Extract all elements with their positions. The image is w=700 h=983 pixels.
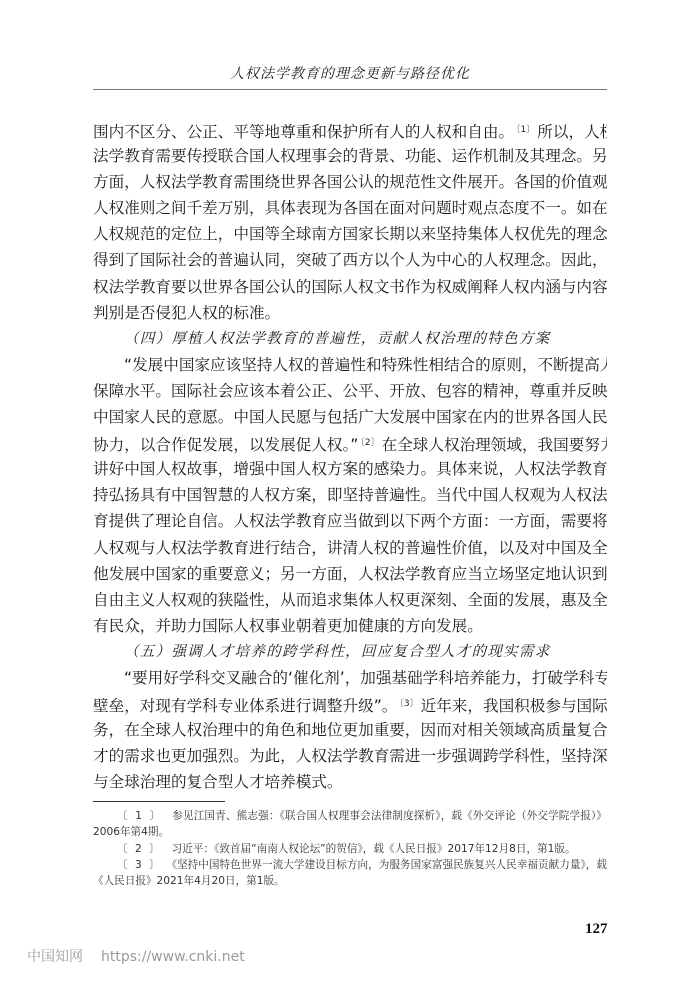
footnote-ref-2[interactable]: 〔2〕 [360, 438, 379, 448]
watermark-brand: 中国知网 [27, 949, 83, 965]
footnote-2: 〔 2 〕习近平：《致首届“南南人权论坛”的贺信》，载《人民日报》2017年12… [93, 841, 607, 857]
watermark-url[interactable]: https://www.cnki.net [101, 949, 245, 965]
section-heading-5: （五）强调人才培养的跨学科性，回应复合型人才的现实需求 [93, 639, 607, 665]
running-title: 人权法学教育的理念更新与路径优化 [93, 63, 607, 83]
body-line: 中国家人民的意愿。中国人民愿与包括广大发展中国家在内的世界各国人民同心 [93, 404, 607, 430]
footnote-rule [93, 801, 225, 802]
watermark: 中国知网https://www.cnki.net [27, 946, 245, 966]
body-line: 讲好中国人权故事，增强中国人权方案的感染力。具体来说，人权法学教育要坚 [93, 456, 607, 482]
header-rule [93, 89, 607, 90]
footnote-marker: 〔 2 〕 [117, 843, 162, 855]
body-line: 权法学教育要以世界各国公认的国际人权文书作为权威阐释人权内涵与内容及 [93, 274, 607, 300]
body-line: 围内不区分、公正、平等地尊重和保护所有人的人权和自由。〔1〕所以，人权 [93, 117, 607, 143]
footnote-1-cont: 2006年第4期。 [93, 824, 607, 840]
body-line: 法学教育需要传授联合国人权理事会的背景、功能、运作机制及其理念。另一 [93, 143, 607, 169]
body-line: 自由主义人权观的狭隘性，从而追求集体人权更深刻、全面的发展，惠及全球所 [93, 587, 607, 613]
footnote-1: 〔 1 〕参见江国青、熊志强：《联合国人权理事会法律制度探析》，载《外交评论（外… [93, 808, 607, 824]
body-line: “要用好学科交叉融合的‘催化剂’，加强基础学科培养能力，打破学科专业 [93, 665, 607, 691]
body-text: 围内不区分、公正、平等地尊重和保护所有人的人权和自由。〔1〕所以，人权 法学教育… [93, 117, 607, 795]
footnote-marker: 〔 3 〕 [117, 859, 162, 871]
body-line: 才的需求也更加强烈。为此，人权法学教育需进一步强调跨学科性，坚持深度参 [93, 743, 607, 769]
footnote-ref-1[interactable]: 〔1〕 [516, 125, 535, 135]
body-line: 方面，人权法学教育需围绕世界各国公认的规范性文件展开。各国的价值观和 [93, 169, 607, 195]
body-line: 他发展中国家的重要意义；另一方面，人权法学教育应当立场坚定地认识到西方 [93, 561, 607, 587]
body-line: 与全球治理的复合型人才培养模式。 [93, 769, 607, 795]
body-line: 务，在全球人权治理中的角色和地位更加重要，因而对相关领域高质量复合型人 [93, 717, 607, 743]
footnote-3: 〔 3 〕《坚持中国特色世界一流大学建设目标方向，为服务国家富强民族复兴人民幸福… [93, 857, 607, 873]
body-line: 育提供了理论自信。人权法学教育应当做到以下两个方面：一方面，需要将中国 [93, 508, 607, 534]
body-line: 人权观与人权法学教育进行结合，讲清人权的普遍性价值，以及对中国及全球其 [93, 535, 607, 561]
footnote-3-cont: 《人民日报》2021年4月20日，第1版。 [93, 873, 607, 889]
footnote-marker: 〔 1 〕 [117, 810, 162, 822]
body-line: 协力，以合作促发展，以发展促人权。”〔2〕在全球人权治理领域，我国要努力 [93, 430, 607, 456]
body-line: “发展中国家应该坚持人权的普遍性和特殊性相结合的原则，不断提高人权 [93, 352, 607, 378]
body-line: 有民众，并助力国际人权事业朝着更加健康的方向发展。 [93, 613, 607, 639]
footnote-ref-3[interactable]: 〔3〕 [399, 699, 418, 709]
body-line: 得到了国际社会的普遍认同，突破了西方以个人为中心的人权理念。因此，人 [93, 247, 607, 273]
section-heading-4: （四）厚植人权法学教育的普遍性，贡献人权治理的特色方案 [93, 326, 607, 352]
page-number: 127 [585, 921, 608, 938]
body-line: 人权规范的定位上，中国等全球南方国家长期以来坚持集体人权优先的理念， [93, 221, 607, 247]
body-line: 持弘扬具有中国智慧的人权方案，即坚持普遍性。当代中国人权观为人权法学教 [93, 482, 607, 508]
body-line: 保障水平。国际社会应该本着公正、公平、开放、包容的精神，尊重并反映发展 [93, 378, 607, 404]
body-line: 判别是否侵犯人权的标准。 [93, 300, 607, 326]
footnotes: 〔 1 〕参见江国青、熊志强：《联合国人权理事会法律制度探析》，载《外交评论（外… [93, 808, 607, 889]
body-line: 人权准则之间千差万别，具体表现为各国在面对问题时观点态度不一。如在对 [93, 195, 607, 221]
body-line: 壁垒，对现有学科专业体系进行调整升级”。〔3〕近年来，我国积极参与国际事 [93, 691, 607, 717]
